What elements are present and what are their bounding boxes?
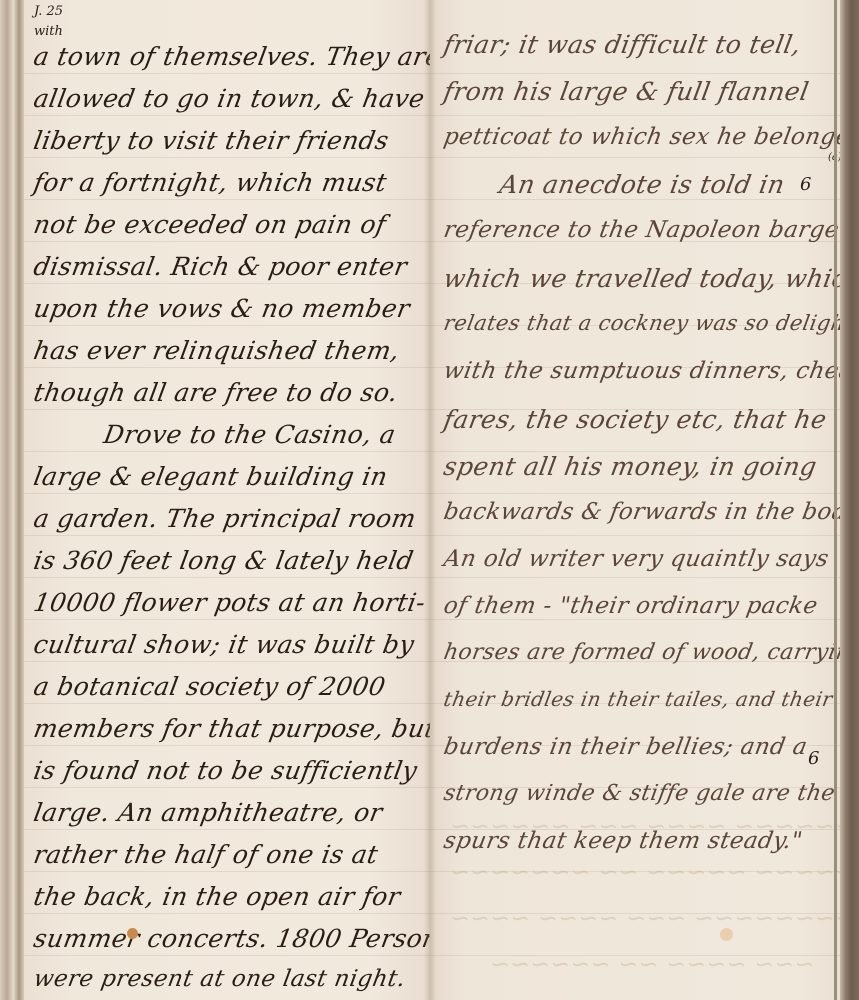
handwritten-line: from his large & full flannel — [441, 77, 811, 106]
handwritten-line: liberty to visit their friends — [31, 126, 391, 155]
stain-bleed — [720, 928, 733, 941]
insertion-note: with — [34, 24, 63, 39]
handwritten-line: friar; it was difficult to tell, — [441, 30, 803, 59]
handwritten-line: 10000 flower pots at an horti- — [31, 588, 427, 617]
handwritten-line: were present at one last night. — [32, 966, 408, 992]
handwritten-line: members for that purpose, but — [31, 714, 437, 743]
page-marker: 6 — [808, 748, 819, 769]
handwritten-line: spent all his money, in going — [441, 452, 819, 481]
handwritten-line: is 360 feet long & lately held — [31, 546, 415, 575]
handwritten-line: An anecdote is told in — [497, 170, 787, 199]
handwritten-line: the back, in the open air for — [31, 882, 402, 911]
handwritten-line: a town of themselves. They are — [31, 42, 443, 71]
handwritten-line: reference to the Napoleon barge by — [442, 217, 859, 243]
handwritten-line: large. An amphitheatre, or — [31, 798, 384, 827]
handwritten-line: though all are free to do so. — [31, 378, 400, 407]
handwritten-line: An old writer very quaintly says — [442, 546, 831, 572]
handwritten-line: burdens in their bellies; and a — [442, 734, 810, 760]
handwritten-line: spurs that keep them steady." — [442, 828, 805, 854]
journal-spread: J. 25 with a town of themselves. They ar… — [0, 0, 859, 1000]
margin-marker: 6 — [800, 174, 811, 195]
handwritten-line: rather the half of one is at — [31, 840, 380, 869]
handwritten-line: strong winde & stiffe gale are the — [442, 781, 837, 806]
handwritten-line: which we travelled today, which — [441, 264, 859, 293]
handwritten-line: with the sumptuous dinners, cheap — [442, 358, 859, 384]
handwritten-line: is found not to be sufficiently — [31, 756, 419, 785]
handwritten-line: has ever relinquished them, — [31, 336, 402, 365]
handwritten-line: not be exceeded on pain of — [31, 210, 388, 239]
page-gutter — [424, 0, 436, 1000]
handwritten-line: large & elegant building in — [31, 462, 390, 491]
ink-bleed-through: ~~~ ~~~~ ~~ ~~~~~~ — [488, 950, 817, 978]
book-binding — [840, 0, 859, 1000]
ink-stain — [127, 928, 138, 939]
handwritten-line: fares, the society etc, that he — [441, 405, 829, 434]
handwritten-line: cultural show; it was built by — [31, 630, 416, 659]
handwritten-line: summer concerts. 1800 Persons — [31, 924, 454, 953]
left-page-edge — [0, 0, 24, 1000]
handwritten-line: backwards & forwards in the boat. — [442, 499, 859, 525]
handwritten-line: their bridles in their tailes, and their — [442, 687, 835, 711]
handwritten-line: Drove to the Casino, a — [101, 420, 398, 449]
handwritten-line: a garden. The principal room — [31, 504, 418, 533]
handwritten-line: dismissal. Rich & poor enter — [31, 252, 409, 281]
ink-bleed-through: ~~~~~~ ~~~~~ ~~ ~~~~~~~ — [448, 858, 859, 886]
handwritten-line: a botanical society of 2000 — [31, 672, 387, 701]
handwritten-line: of them - "their ordinary packe — [442, 593, 820, 619]
handwritten-line: allowed to go in town, & have — [31, 84, 427, 113]
handwritten-line: upon the vows & no member — [31, 294, 412, 323]
ink-bleed-through: ~~~~~~~~ ~~~ ~~~~ ~~~~ — [448, 904, 858, 932]
handwritten-line: for a fortnight, which must — [31, 168, 389, 197]
handwritten-line: horses are formed of wood, carrying — [442, 640, 859, 665]
handwritten-line: relates that a cockney was so delighted — [442, 311, 859, 335]
handwritten-line: petticoat to which sex he belonged. — [442, 124, 859, 150]
corner-note: J. 25 — [34, 4, 63, 19]
